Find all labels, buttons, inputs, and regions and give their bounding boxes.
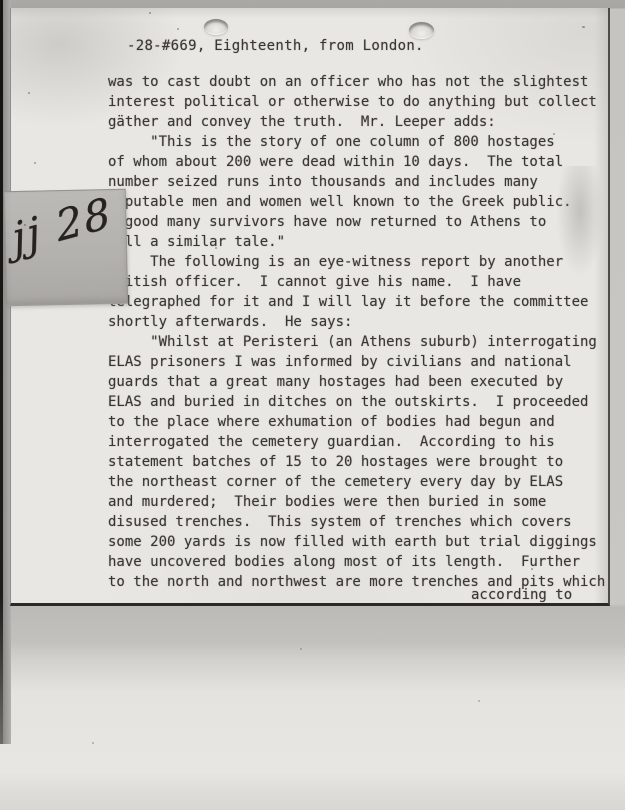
dust-speck — [406, 462, 409, 464]
dust-speck — [478, 700, 480, 702]
typed-line: shortly afterwards. He says: — [108, 312, 605, 332]
document-header: -28-#669, Eighteenth, from London. — [127, 38, 424, 54]
dust-speck — [301, 103, 303, 105]
typed-line: interest political or otherwise to do an… — [108, 92, 605, 112]
typed-line: British officer. I cannot give his name.… — [108, 272, 605, 292]
dust-speck — [300, 648, 302, 650]
dust-speck — [553, 133, 555, 135]
dust-speck — [149, 12, 151, 14]
typed-line: guards that a great many hostages had be… — [108, 372, 605, 392]
dust-speck — [24, 224, 26, 226]
typed-line: and murdered; Their bodies were then bur… — [108, 492, 605, 512]
typed-line: statement batches of 15 to 20 hostages w… — [108, 452, 605, 472]
typed-line: "This is the story of one column of 800 … — [108, 132, 605, 152]
paper-sticker: jj 28 — [4, 189, 128, 307]
document-page: -28-#669, Eighteenth, from London. was t… — [10, 8, 610, 606]
dust-speck — [177, 28, 179, 30]
paper-fastener-right-icon — [409, 22, 434, 39]
typed-line: tell a similar tale." — [108, 232, 605, 252]
typed-line: gäther and convey the truth. Mr. Leeper … — [108, 112, 605, 132]
fold-smudge — [556, 166, 604, 278]
paper-fastener-left-icon — [204, 19, 228, 35]
typed-line: some 200 yards is now filled with earth … — [108, 532, 605, 552]
typed-line: interrogated the cemetery guardian. Acco… — [108, 432, 605, 452]
scanned-document-view: -28-#669, Eighteenth, from London. was t… — [0, 0, 625, 810]
document-body: was to cast doubt on an officer who has … — [108, 72, 605, 592]
dust-speck — [28, 92, 30, 94]
typed-line: reputable men and women well known to th… — [108, 192, 605, 212]
typed-line: number seized runs into thousands and in… — [108, 172, 605, 192]
typed-line: telegraphed for it and I will lay it bef… — [108, 292, 605, 312]
dust-speck — [531, 568, 533, 570]
typed-line: A good many survivors have now returned … — [108, 212, 605, 232]
typed-line: disused trenches. This system of trenche… — [108, 512, 605, 532]
dust-speck — [34, 162, 36, 164]
dust-speck — [92, 742, 94, 744]
dust-speck — [582, 26, 585, 28]
typed-line: of whom about 200 were dead within 10 da… — [108, 152, 605, 172]
dust-speck — [215, 247, 217, 249]
typed-line: the northeast corner of the cemetery eve… — [108, 472, 605, 492]
typed-line: The following is an eye-witness report b… — [108, 252, 605, 272]
typed-line: ELAS and buried in ditches on the outski… — [108, 392, 605, 412]
typed-line: to the place where exhumation of bodies … — [108, 412, 605, 432]
typed-line: "Whilst at Peristeri (an Athens suburb) … — [108, 332, 605, 352]
closing-line: according to — [471, 585, 572, 605]
typed-line: ELAS prisoners I was informed by civilia… — [108, 352, 605, 372]
typed-line: was to cast doubt on an officer who has … — [108, 72, 605, 92]
